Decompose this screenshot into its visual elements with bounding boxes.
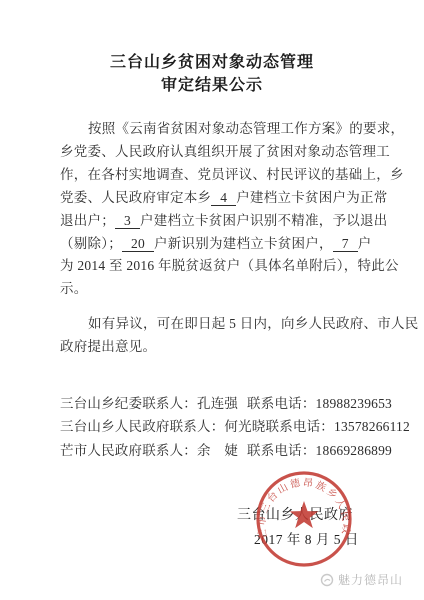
underlined-count: 3 <box>115 213 140 229</box>
underlined-count: 20 <box>122 236 154 252</box>
paragraph-objection: 如有异议，可在即日起 5 日内，向乡人民政府、市人民政府提出意见。 <box>60 313 394 359</box>
contact-row: 三台山乡人民政府联系人：何光晓联系电话：13578266112 <box>60 415 392 438</box>
official-seal-icon: 芒市三台山德昂族乡人民政府 <box>254 469 354 569</box>
contact-row: 芒市人民政府联系人：余 婕联系电话：18669286899 <box>60 439 392 462</box>
document-page: 三台山乡贫困对象动态管理 审定结果公示 按照《云南省贫困对象动态管理工作方案》的… <box>0 0 424 600</box>
text-segment: 户建档立卡贫困户为正常 <box>236 190 387 205</box>
text-segment: 党委、人民政府审定本乡 <box>60 190 211 205</box>
seal-star-icon <box>290 501 319 528</box>
text-segment: 政府提出意见。 <box>60 339 156 354</box>
contact-row: 三台山乡纪委联系人：孔连强联系电话：18988239653 <box>60 392 392 415</box>
text-line: 作，在各村实地调查、党员评议、村民评议的基础上，乡 <box>60 164 394 187</box>
contact-list: 三台山乡纪委联系人：孔连强联系电话：18988239653三台山乡人民政府联系人… <box>60 392 392 462</box>
document-title-line1: 三台山乡贫困对象动态管理 <box>0 51 424 74</box>
text-segment: 示。 <box>60 281 88 296</box>
watermark-logo-icon <box>320 573 334 587</box>
text-line: 为 2014 至 2016 年脱贫返贫户（具体名单附后），特此公 <box>60 255 394 278</box>
text-line: 政府提出意见。 <box>60 336 394 359</box>
text-line: 按照《云南省贫困对象动态管理工作方案》的要求， <box>60 118 394 141</box>
watermark-text: 魅力德昂山 <box>338 571 403 588</box>
document-title: 三台山乡贫困对象动态管理 审定结果公示 <box>0 0 424 97</box>
text-segment: 退出户； <box>60 213 115 228</box>
underlined-count: 7 <box>333 236 358 252</box>
text-segment: 为 2014 至 2016 年脱贫返贫户（具体名单附后），特此公 <box>60 258 399 273</box>
contact-phone: 联系电话：13578266112 <box>266 415 410 438</box>
text-segment: 如有异议，可在即日起 5 日内，向乡人民政府、市人民 <box>88 316 419 331</box>
text-line: （剔除）；20户新识别为建档立卡贫困户，7户 <box>60 233 394 256</box>
text-line: 如有异议，可在即日起 5 日内，向乡人民政府、市人民 <box>60 313 394 336</box>
text-line: 示。 <box>60 278 394 301</box>
contact-phone: 联系电话：18988239653 <box>247 392 392 415</box>
text-segment: 按照《云南省贫困对象动态管理工作方案》的要求， <box>88 121 404 136</box>
contact-person: 芒市人民政府联系人：余 婕 <box>60 439 238 462</box>
document-title-line2: 审定结果公示 <box>0 74 424 97</box>
watermark: 魅力德昂山 <box>320 571 403 588</box>
text-line: 乡党委、人民政府认真组织开展了贫困对象动态管理工 <box>60 141 394 164</box>
text-line: 党委、人民政府审定本乡4户建档立卡贫困户为正常 <box>60 187 394 210</box>
text-line: 退出户；3户建档立卡贫困户识别不精准，予以退出 <box>60 210 394 233</box>
underlined-count: 4 <box>211 190 236 206</box>
text-segment: 户 <box>358 236 372 251</box>
text-segment: 户建档立卡贫困户识别不精准，予以退出 <box>140 213 388 228</box>
text-segment: （剔除）； <box>60 236 122 251</box>
contact-phone: 联系电话：18669286899 <box>247 439 392 462</box>
text-segment: 作，在各村实地调查、党员评议、村民评议的基础上，乡 <box>60 167 404 182</box>
contact-person: 三台山乡人民政府联系人：何光晓 <box>60 415 266 438</box>
contact-person: 三台山乡纪委联系人：孔连强 <box>60 392 238 415</box>
text-segment: 户新识别为建档立卡贫困户， <box>154 236 333 251</box>
text-segment: 乡党委、人民政府认真组织开展了贫困对象动态管理工 <box>60 144 390 159</box>
paragraph-main: 按照《云南省贫困对象动态管理工作方案》的要求，乡党委、人民政府认真组织开展了贫困… <box>60 118 394 301</box>
